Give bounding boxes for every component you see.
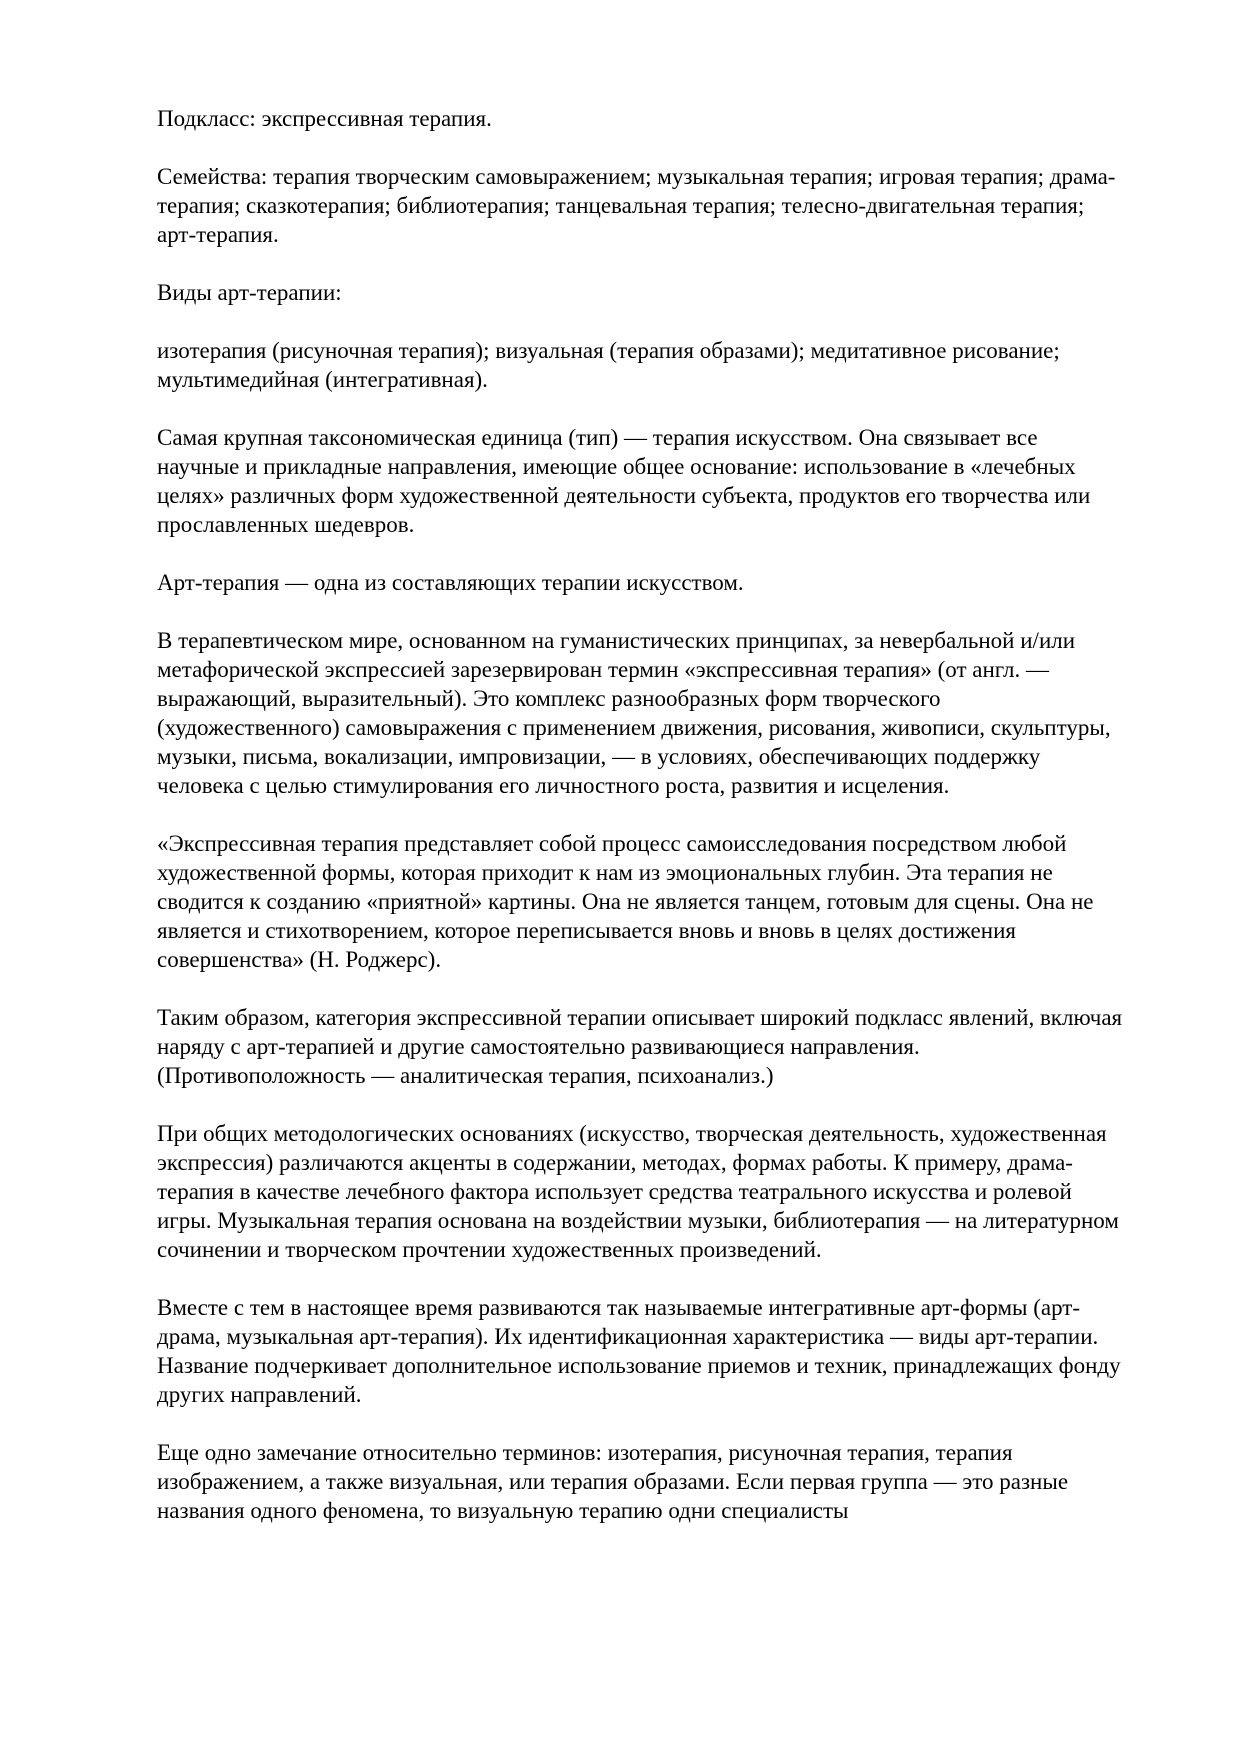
paragraph-subclass: Подкласс: экспрессивная терапия. — [157, 104, 1125, 133]
paragraph-methodological-bases: При общих методологических основаниях (и… — [157, 1119, 1125, 1264]
paragraph-families: Семейства: терапия творческим самовыраже… — [157, 162, 1125, 249]
paragraph-rogers-quote: «Экспрессивная терапия представляет собо… — [157, 829, 1125, 974]
paragraph-art-therapy-component: Арт-терапия — одна из составляющих терап… — [157, 568, 1125, 597]
document-page: Подкласс: экспрессивная терапия. Семейст… — [0, 0, 1240, 1754]
paragraph-art-therapy-kinds-heading: Виды арт-терапии: — [157, 278, 1125, 307]
paragraph-terminology-note: Еще одно замечание относительно терминов… — [157, 1438, 1125, 1525]
paragraph-art-therapy-kinds-list: изотерапия (рисуночная терапия); визуаль… — [157, 336, 1125, 394]
paragraph-integrative-art-forms: Вместе с тем в настоящее время развивают… — [157, 1293, 1125, 1409]
paragraph-category-description: Таким образом, категория экспрессивной т… — [157, 1003, 1125, 1090]
document-body: Подкласс: экспрессивная терапия. Семейст… — [157, 104, 1125, 1525]
paragraph-taxonomic-unit: Самая крупная таксономическая единица (т… — [157, 423, 1125, 539]
paragraph-expressive-therapy-definition: В терапевтическом мире, основанном на гу… — [157, 626, 1125, 800]
